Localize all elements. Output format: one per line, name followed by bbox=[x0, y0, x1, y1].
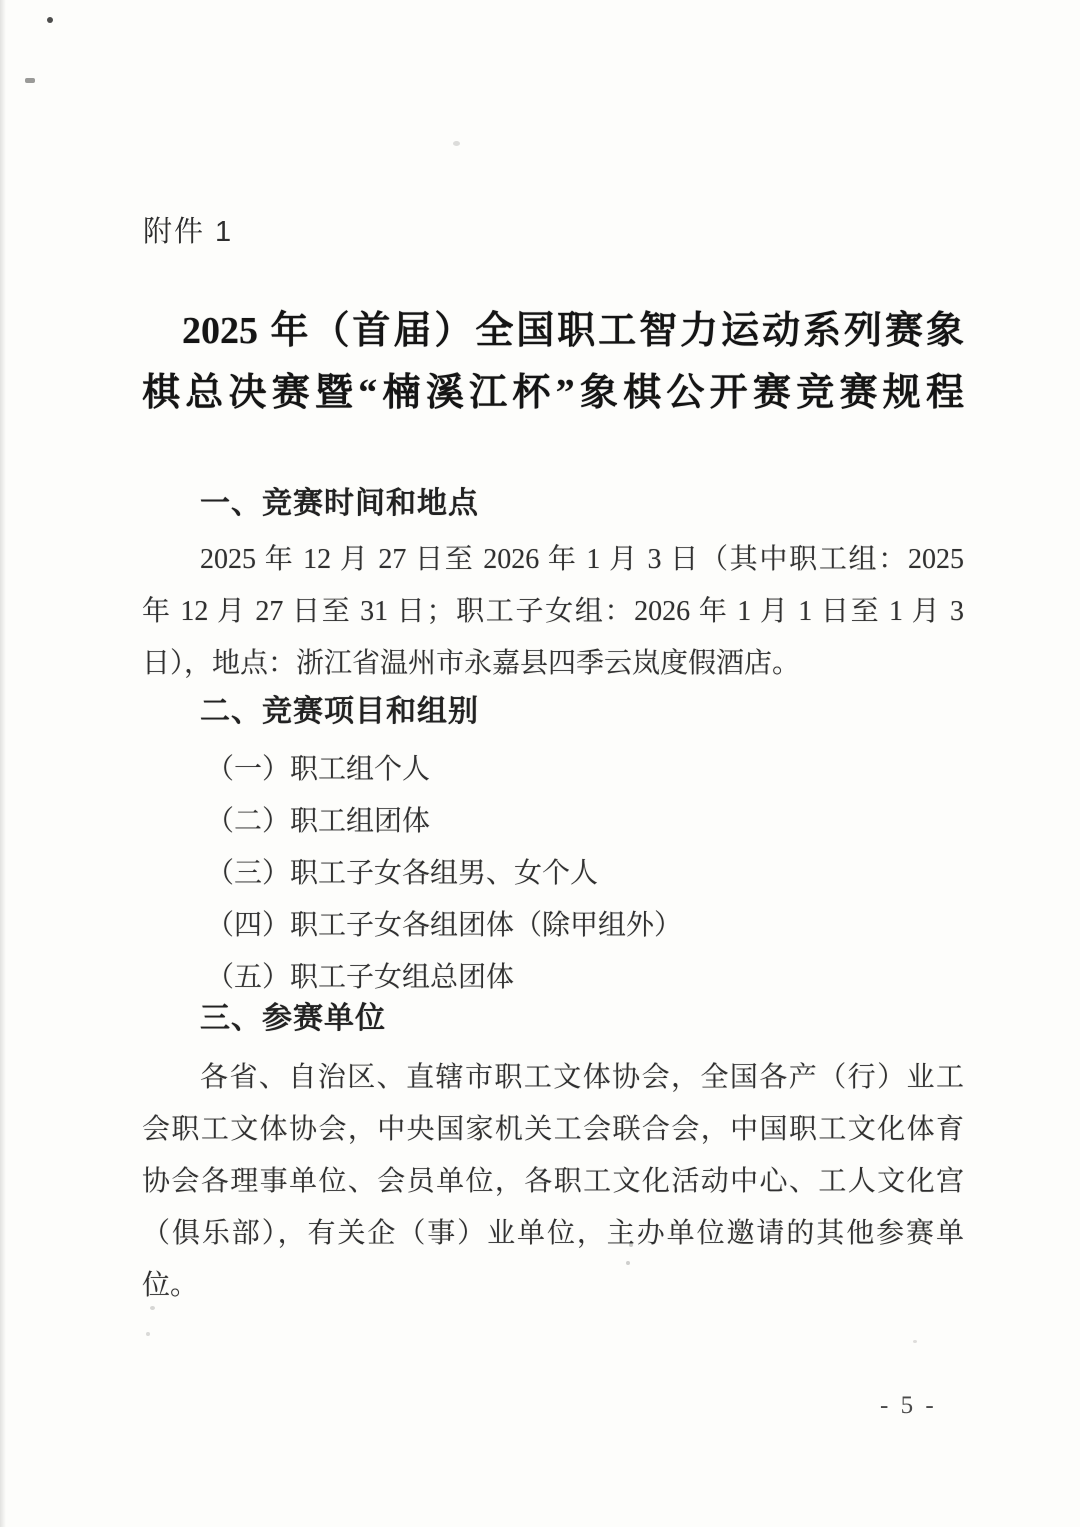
paragraph-line: （俱乐部），有关企（事）业单位，主办单位邀请的其他参赛单 bbox=[142, 1208, 964, 1260]
scanned-document-page: 附件 1 2025 年（首届）全国职工智力运动系列赛象 棋总决赛暨“楠溪江杯”象… bbox=[0, 0, 1080, 1527]
list-item: （三）职工子女各组男、女个人 bbox=[206, 848, 966, 900]
scan-speck bbox=[25, 78, 35, 83]
title-line-1: 2025 年（首届）全国职工智力运动系列赛象 bbox=[142, 300, 964, 362]
list-item: （二）职工组团体 bbox=[206, 796, 966, 848]
competition-groups-list: （一）职工组个人 （二）职工组团体 （三）职工子女各组男、女个人 （四）职工子女… bbox=[206, 744, 966, 1004]
section-3-paragraph: 各省、自治区、直辖市职工文体协会，全国各产（行）业工 会职工文体协会，中央国家机… bbox=[142, 1052, 964, 1312]
attachment-label: 附件 1 bbox=[143, 212, 233, 252]
section-2-heading: 二、竞赛项目和组别 bbox=[200, 692, 479, 732]
document-title: 2025 年（首届）全国职工智力运动系列赛象 棋总决赛暨“楠溪江杯”象棋公开赛竞… bbox=[142, 300, 964, 424]
paragraph-line: 位。 bbox=[142, 1260, 964, 1312]
scan-speck bbox=[453, 141, 460, 146]
section-3-heading: 三、参赛单位 bbox=[200, 999, 386, 1039]
list-item: （一）职工组个人 bbox=[206, 744, 966, 796]
paragraph-line: 协会各理事单位、会员单位，各职工文化活动中心、工人文化宫 bbox=[142, 1156, 964, 1208]
page-number: - 5 - bbox=[880, 1392, 937, 1420]
list-item: （四）职工子女各组团体（除甲组外） bbox=[206, 900, 966, 952]
paragraph-line: 2025 年 12 月 27 日至 2026 年 1 月 3 日（其中职工组：2… bbox=[142, 534, 964, 586]
paragraph-line: 会职工文体协会，中央国家机关工会联合会，中国职工文化体育 bbox=[142, 1104, 964, 1156]
scan-speck bbox=[913, 1340, 917, 1343]
scan-speck bbox=[146, 1332, 150, 1336]
section-1-heading: 一、竞赛时间和地点 bbox=[200, 484, 479, 524]
paragraph-line: 年 12 月 27 日至 31 日；职工子女组：2026 年 1 月 1 日至 … bbox=[142, 586, 964, 638]
section-1-paragraph: 2025 年 12 月 27 日至 2026 年 1 月 3 日（其中职工组：2… bbox=[142, 534, 964, 690]
paragraph-line: 日），地点：浙江省温州市永嘉县四季云岚度假酒店。 bbox=[142, 638, 964, 690]
scan-speck bbox=[47, 17, 53, 23]
page-left-edge-shadow bbox=[0, 0, 6, 1527]
paragraph-line: 各省、自治区、直辖市职工文体协会，全国各产（行）业工 bbox=[142, 1052, 964, 1104]
title-line-2: 棋总决赛暨“楠溪江杯”象棋公开赛竞赛规程 bbox=[142, 362, 964, 424]
list-item: （五）职工子女组总团体 bbox=[206, 952, 966, 1004]
